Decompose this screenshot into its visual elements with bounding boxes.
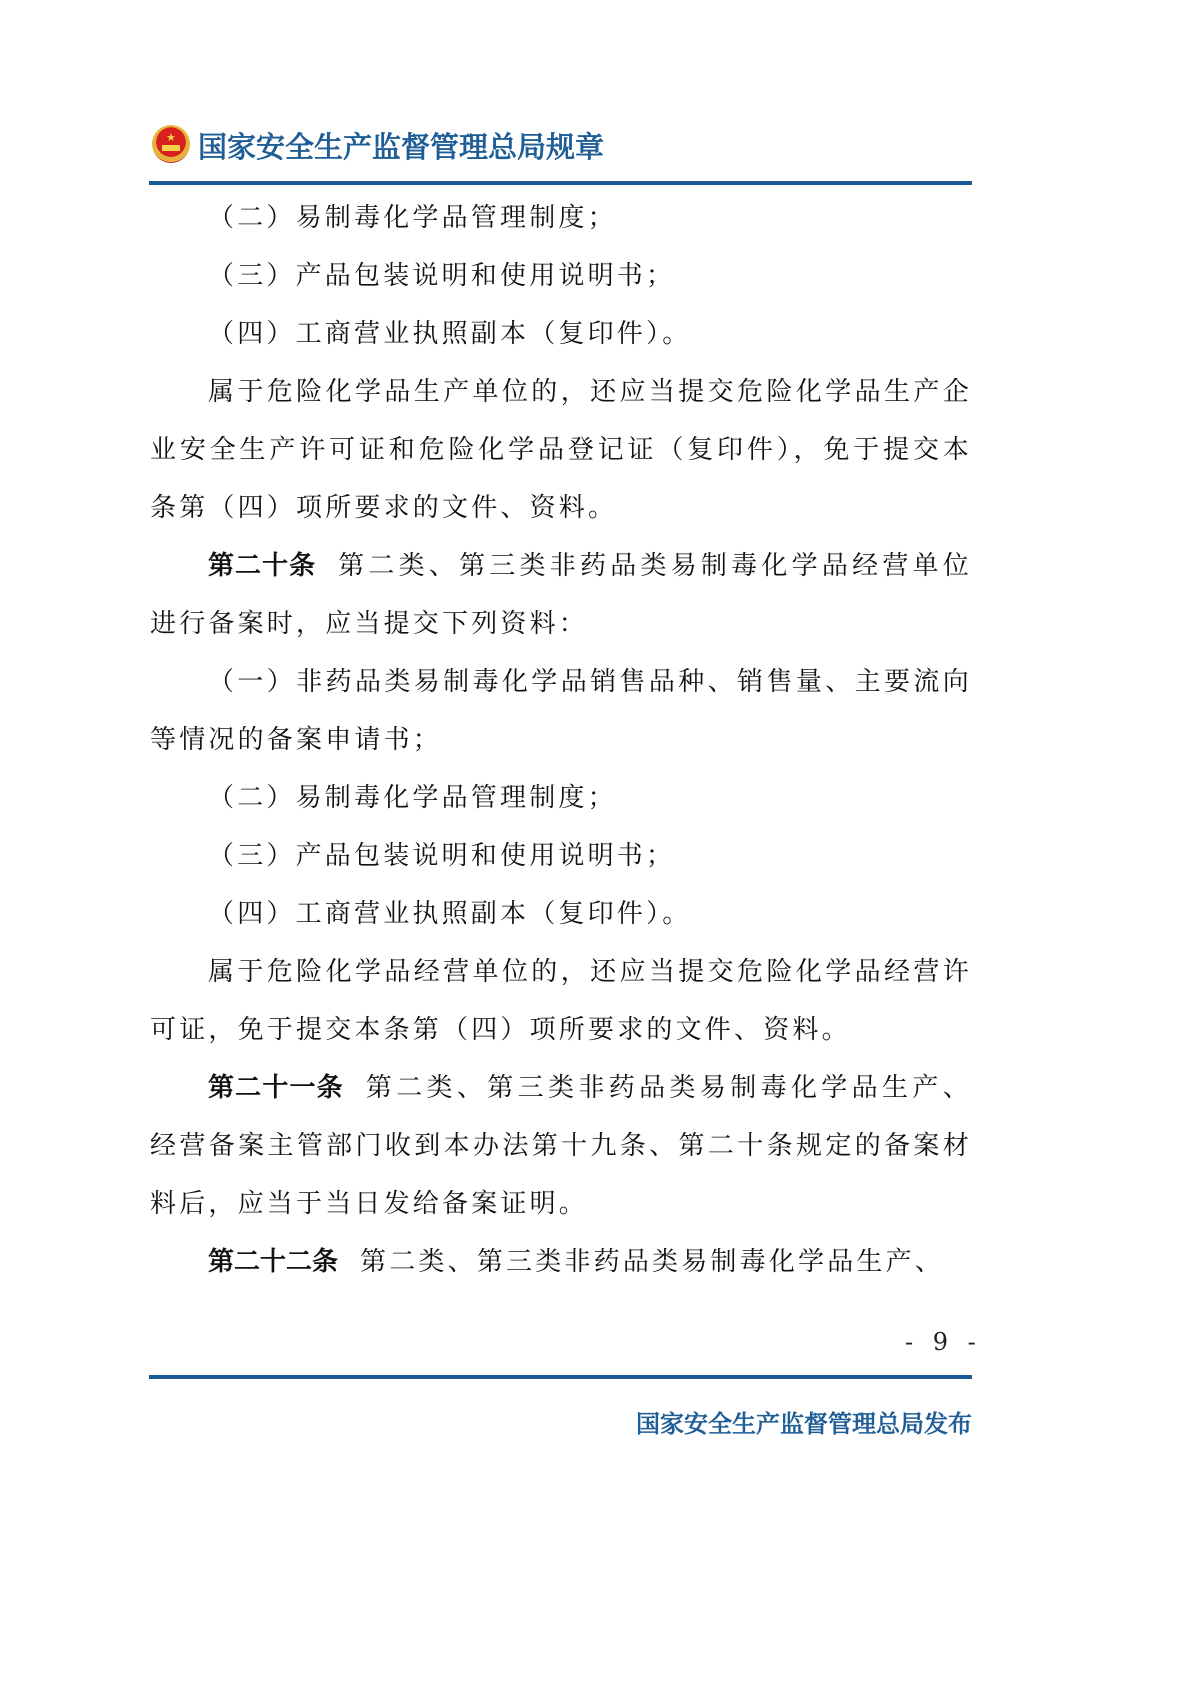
article-number: 第二十条 (208, 551, 316, 581)
footer-publisher: 国家安全生产监督管理总局发布 (636, 1404, 972, 1439)
article-paragraph: 第二十条第二类、第三类非药品类易制毒化学品经营单位进行备案时，应当提交下列资料： (150, 537, 972, 653)
paragraph: 属于危险化学品生产单位的，还应当提交危险化学品生产企业安全生产许可证和危险化学品… (150, 363, 972, 537)
article-number: 第二十一条 (208, 1073, 344, 1103)
document-body: （二）易制毒化学品管理制度； （三）产品包装说明和使用说明书； （四）工商营业执… (150, 189, 972, 1291)
paragraph: （四）工商营业执照副本（复印件）。 (150, 885, 972, 943)
header-title: 国家安全生产监督管理总局规章 (198, 125, 604, 166)
paragraph: （二）易制毒化学品管理制度； (150, 769, 972, 827)
national-emblem-icon: ★ (152, 125, 190, 165)
footer-divider (149, 1375, 972, 1379)
paragraph: （四）工商营业执照副本（复印件）。 (150, 305, 972, 363)
page-header: ★ 国家安全生产监督管理总局规章 (152, 122, 604, 168)
header-divider (149, 181, 972, 185)
paragraph: 属于危险化学品经营单位的，还应当提交危险化学品经营许可证，免于提交本条第（四）项… (150, 943, 972, 1059)
article-paragraph: 第二十二条第二类、第三类非药品类易制毒化学品生产、 (150, 1233, 972, 1291)
paragraph: （一）非药品类易制毒化学品销售品种、销售量、主要流向等情况的备案申请书； (150, 653, 972, 769)
page-number: - 9 - (905, 1328, 982, 1356)
paragraph: （二）易制毒化学品管理制度； (150, 189, 972, 247)
paragraph: （三）产品包装说明和使用说明书； (150, 247, 972, 305)
article-paragraph: 第二十一条第二类、第三类非药品类易制毒化学品生产、经营备案主管部门收到本办法第十… (150, 1059, 972, 1233)
article-number: 第二十二条 (208, 1247, 338, 1277)
paragraph: （三）产品包装说明和使用说明书； (150, 827, 972, 885)
